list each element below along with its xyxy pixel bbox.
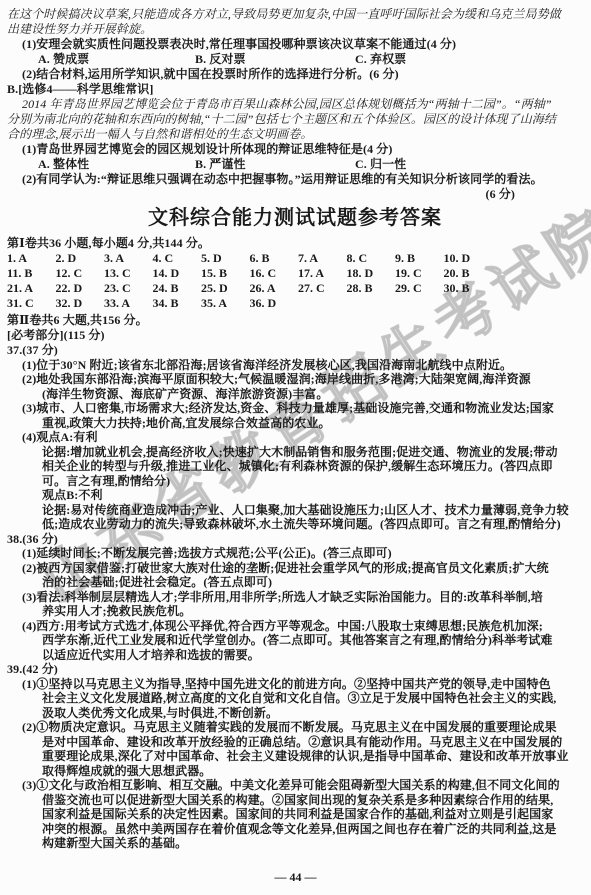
option-label: C. 弃权票 bbox=[355, 52, 406, 67]
part2-header: 第Ⅱ卷共6 大题,共156 分。 bbox=[7, 313, 583, 328]
options-row: A. 整体性B. 严谨性C. 归一性 bbox=[7, 157, 583, 172]
text-line: B.[选修4——科学思维常识] bbox=[7, 82, 583, 97]
answer-cell: 36. D bbox=[250, 296, 299, 311]
answer-cell: 34. B bbox=[153, 296, 202, 311]
answer-cell: 24. B bbox=[153, 281, 202, 296]
text-line: 合的理念,展示出一幅人与自然和谐相处的生态文明画卷。 bbox=[7, 127, 583, 142]
text-line: 治的社会基础;促进社会稳定。(答五点即可) bbox=[7, 575, 583, 590]
answer-cell: 8. C bbox=[347, 251, 396, 266]
choice-answer-grid: 1. A2. D3. A4. C5. D6. B7. A8. C9. B10. … bbox=[7, 251, 583, 311]
answer-cell: 28. B bbox=[347, 281, 396, 296]
text-line: 37.(37 分) bbox=[7, 343, 583, 358]
answer-cell: 15. B bbox=[201, 266, 250, 281]
required-part-header: [必考部分](115 分) bbox=[7, 328, 583, 343]
text-line: (1)安理会就实质性问题投票表决时,常任理事国投哪种票该决议草案不能通过(4 分… bbox=[7, 37, 583, 52]
exam-answer-page: 山东省教育招生考试院 在这个时候搞决议草案,只能造成各方对立,导致局势更加复杂,… bbox=[0, 0, 591, 895]
answer-key-title: 文科综合能力测试试题参考答案 bbox=[7, 206, 583, 230]
answer-cell: 32. D bbox=[56, 296, 105, 311]
answer-cell: 7. A bbox=[298, 251, 347, 266]
text-line: 论据:增加就业机会,提高经济收入;快速扩大木制品销售和服务范围;促进交通、物流业… bbox=[7, 445, 583, 460]
answer-cell: 2. D bbox=[56, 251, 105, 266]
answer-cell: 21. A bbox=[7, 281, 56, 296]
answer-cell: 10. D bbox=[444, 251, 493, 266]
text-line: (2)地处我国东部沿海;滨海平原面积较大;气候温暖湿润;海岸线曲折,多港湾;大陆… bbox=[7, 372, 583, 387]
free-response-answers-section: 37.(37 分)(1)位于30°N 附近;该省东北部沿海;居该省海洋经济发展核… bbox=[7, 343, 583, 851]
option-label: B. 反对票 bbox=[195, 52, 355, 67]
text-line: 观点B:不利 bbox=[7, 488, 583, 503]
text-line: (1)延续时间长;不断发展完善;选拔方式规范;公平(公正)。(答三点即可) bbox=[7, 546, 583, 561]
text-line: 是对中国革命、建设和改革开放经验的正确总结。②意识具有能动作用。马克思主义在中国… bbox=[7, 735, 583, 750]
option-label: B. 严谨性 bbox=[195, 157, 355, 172]
text-line: 低;造成农业劳动力的流失;导致森林破坏,水土流失等环境问题。(答四点即可。言之有… bbox=[7, 517, 583, 532]
text-line: (4)观点A:有利 bbox=[7, 430, 583, 445]
answer-cell: 6. B bbox=[250, 251, 299, 266]
text-line: 出建设性努力并开展斡旋。 bbox=[7, 22, 583, 37]
answer-cell: 1. A bbox=[7, 251, 56, 266]
options-row: A. 赞成票B. 反对票C. 弃权票 bbox=[7, 52, 583, 67]
part1-header: 第Ⅰ卷共36 小题,每小题4 分,共144 分。 bbox=[7, 236, 583, 251]
answer-cell: 16. C bbox=[250, 266, 299, 281]
answer-cell: 3. A bbox=[104, 251, 153, 266]
answer-cell: 13. C bbox=[104, 266, 153, 281]
text-line: 相关企业的转型与升级,推进工业化、城镇化;有利森林资源的保护,缓解生态环境压力。… bbox=[7, 459, 583, 474]
answer-cell: 11. B bbox=[7, 266, 56, 281]
text-line: 取得辉煌成就的强大思想武器。 bbox=[7, 764, 583, 779]
answer-cell: 33. A bbox=[104, 296, 153, 311]
answer-cell: 26. A bbox=[250, 281, 299, 296]
answer-cell: 14. D bbox=[153, 266, 202, 281]
text-line: 构建新型大国关系的基础。 bbox=[7, 836, 583, 851]
text-line: 西学东渐,近代工业发展和近代学堂创办。(答二点即可。其他答案言之有理,酌情给分)… bbox=[7, 633, 583, 648]
text-line: 重要理论成果,深化了对中国革命、社会主义建设规律的认识,是指导中国革命、建设和改… bbox=[7, 749, 583, 764]
text-line: 冲突的根源。虽然中美两国存在着价值观念等文化差异,但两国之间也存在着广泛的共同利… bbox=[7, 822, 583, 837]
text-line: (2)结合材料,运用所学知识,就中国在投票时所作的选择进行分析。(6 分) bbox=[7, 67, 583, 82]
text-line: (海洋生物资源、海底矿产资源、海洋旅游资源)丰富。 bbox=[7, 387, 583, 402]
answer-cell: 22. D bbox=[56, 281, 105, 296]
option-label: A. 赞成票 bbox=[38, 52, 195, 67]
answer-cell: 29. C bbox=[395, 281, 444, 296]
answer-cell: 12. C bbox=[56, 266, 105, 281]
text-line: 在这个时候搞决议草案,只能造成各方对立,导致局势更加复杂,中国一直呼吁国际社会为… bbox=[7, 7, 583, 22]
answer-cell: 19. C bbox=[395, 266, 444, 281]
page-content: 在这个时候搞决议草案,只能造成各方对立,导致局势更加复杂,中国一直呼吁国际社会为… bbox=[0, 0, 591, 851]
text-line: 38.(36 分) bbox=[7, 532, 583, 547]
text-line: (1)位于30°N 附近;该省东北部沿海;居该省海洋经济发展核心区,我国沿海南北… bbox=[7, 358, 583, 373]
answer-cell: 17. A bbox=[298, 266, 347, 281]
text-line: (2)有同学认为:“辩证思维只强调在动态中把握事物。”运用辩证思维的有关知识分析… bbox=[7, 172, 583, 187]
option-label: C. 归一性 bbox=[355, 157, 406, 172]
option-label: A. 整体性 bbox=[38, 157, 195, 172]
text-line: 分别为南北向的花轴和东西向的树轴,“十二园”包括七个主题区和五个体验区。园区的设… bbox=[7, 112, 583, 127]
text-line: (6 分) bbox=[7, 187, 583, 202]
text-line: (3)看法:科举制层层精选人才;学非所用,用非所学;所选人才缺乏实际治国能力。目… bbox=[7, 590, 583, 605]
answer-cell: 9. B bbox=[395, 251, 444, 266]
answer-cell: 27. C bbox=[298, 281, 347, 296]
text-line: 可。言之有理,酌情给分) bbox=[7, 474, 583, 489]
text-line: (3)城市、人口密集,市场需求大;经济发达,资金、科技力量雄厚;基础设施完善,交… bbox=[7, 401, 583, 416]
answer-cell: 20. B bbox=[444, 266, 493, 281]
text-line: (2)被西方国家借鉴;打破世家大族对仕途的垄断;促进社会重学风气的形成;提高官员… bbox=[7, 561, 583, 576]
text-line: (1)①坚持以马克思主义为指导,坚持中国先进文化的前进方向。②坚持中国共产党的领… bbox=[7, 677, 583, 692]
answer-cell: 31. C bbox=[7, 296, 56, 311]
text-line: (3)①文化与政治相互影响、相互交融。中美文化差异可能会阻碍新型大国关系的构建,… bbox=[7, 778, 583, 793]
text-line: 重视,政策大力扶持;地价高,宜发展综合效益高的农业。 bbox=[7, 416, 583, 431]
page-number: — 44 — bbox=[0, 870, 591, 885]
text-line: 社会主义文化发展道路,树立高度的文化自觉和文化自信。③立足于发展中国特色社会主义… bbox=[7, 691, 583, 706]
text-line: 论据:易对传统商业造成冲击;产业、人口集聚,加大基础设施压力;山区人才、技术力量… bbox=[7, 503, 583, 518]
answer-cell: 5. D bbox=[201, 251, 250, 266]
text-line: (2)①物质决定意识。马克思主义随着实践的发展而不断发展。马克思主义在中国发展的… bbox=[7, 720, 583, 735]
text-line: 汲取人类优秀文化成果,与时俱进,不断创新。 bbox=[7, 706, 583, 721]
question-remnant-section: 在这个时候搞决议草案,只能造成各方对立,导致局势更加复杂,中国一直呼吁国际社会为… bbox=[7, 7, 583, 202]
answer-cell: 30. B bbox=[444, 281, 493, 296]
text-line: 国家利益是国际关系的决定性因素。国家间的共同利益是国家合作的基础,利益对立则是引… bbox=[7, 807, 583, 822]
answer-cell: 4. C bbox=[153, 251, 202, 266]
text-line: 39.(42 分) bbox=[7, 662, 583, 677]
answer-cell: 35. A bbox=[201, 296, 250, 311]
text-line: 借鉴交流也可以促进新型大国关系的构建。②国家间出现的复杂关系是多种因素综合作用的… bbox=[7, 793, 583, 808]
text-line: 养实用人才;挽救民族危机。 bbox=[7, 604, 583, 619]
answer-cell: 18. D bbox=[347, 266, 396, 281]
text-line: (1)青岛世界园艺博览会的园区规划设计所体现的辩证思维特征是(4 分) bbox=[7, 142, 583, 157]
answer-cell: 25. D bbox=[201, 281, 250, 296]
text-line: 以适应近代实用人才培养和选拔的需要。 bbox=[7, 648, 583, 663]
text-line: (4)西方:用考试方式选才,体现公平择优,符合西方平等观念。中国:八股取士束缚思… bbox=[7, 619, 583, 634]
text-line: 2014 年青岛世界园艺博览会位于青岛市百果山森林公园,园区总体规划概括为“两轴… bbox=[7, 97, 583, 112]
answer-cell: 23. C bbox=[104, 281, 153, 296]
